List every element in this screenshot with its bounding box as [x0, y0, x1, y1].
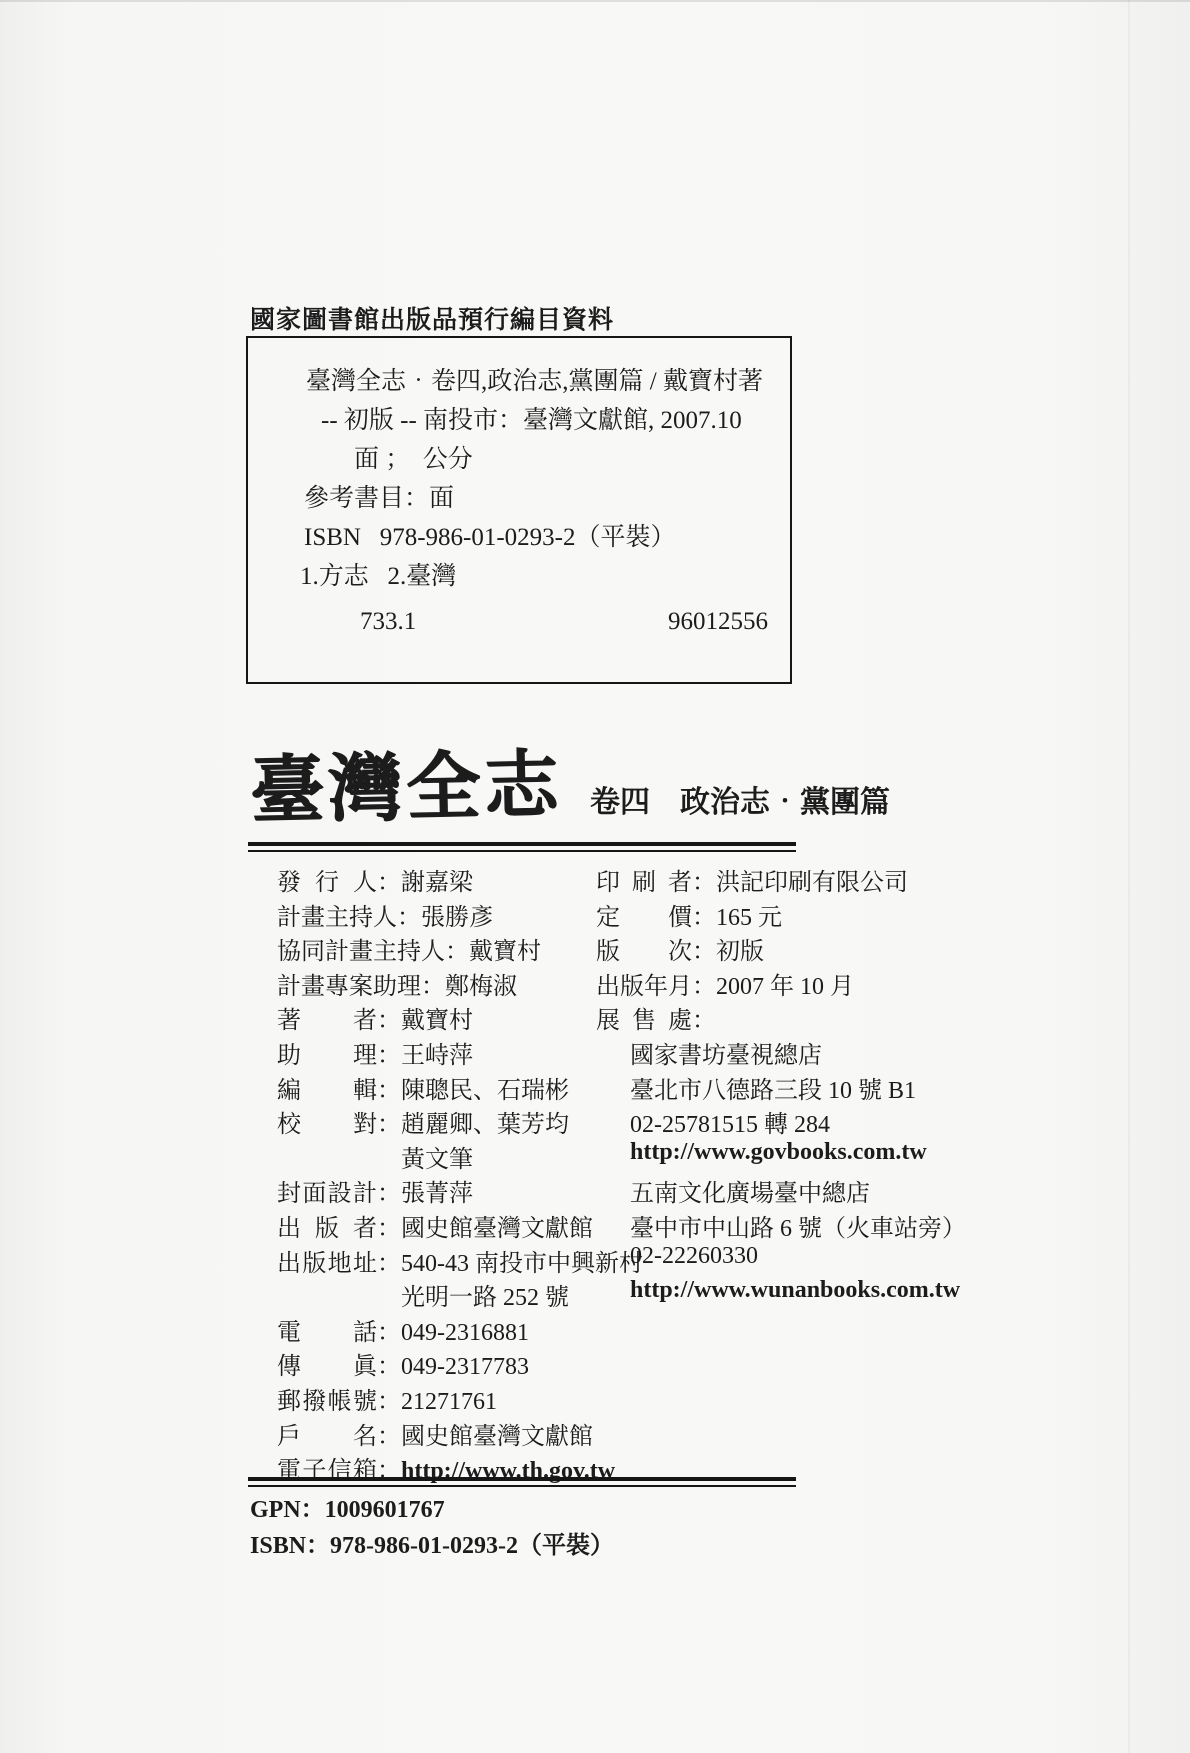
footer: GPN：1009601767 ISBN：978-986-01-0293-2（平裝… — [250, 1489, 798, 1561]
cip-header: 國家圖書館出版品預行編目資料 — [250, 300, 614, 336]
colophon-row: 校對：趙麗卿、葉芳均 — [277, 1104, 577, 1139]
field-colon: ： — [377, 1243, 401, 1278]
field-value: 國史館臺灣文獻館 — [401, 1416, 593, 1451]
cip-edition-line: -- 初版 -- 南投市：臺灣文獻館, 2007.10 — [321, 401, 790, 440]
colophon-row: 著者：戴寶村 — [277, 1000, 577, 1035]
title-divider-rule — [248, 842, 796, 852]
field-value: 黃文筆 — [401, 1139, 473, 1174]
colophon-row: ：五南文化廣場臺中總店 — [596, 1173, 926, 1208]
field-value: 戴寶村 — [469, 931, 541, 966]
field-value: 趙麗卿、葉芳均 — [401, 1104, 569, 1139]
field-colon: ： — [377, 1104, 401, 1139]
field-colon: ： — [692, 862, 716, 897]
colophon-row: 印刷者：洪記印刷有限公司 — [596, 862, 926, 897]
field-value: 張勝彥 — [421, 897, 493, 932]
colophon-row: ：http://www.wunanbooks.com.tw — [596, 1277, 926, 1312]
field-label: 協同計畫主持人 — [277, 931, 445, 966]
field-label: 計畫專案助理 — [277, 966, 421, 1001]
colophon-row: ：http://www.govbooks.com.tw — [596, 1139, 926, 1174]
field-label: 助理 — [277, 1035, 377, 1070]
field-colon: ： — [397, 897, 421, 932]
field-colon: ： — [377, 1381, 401, 1416]
field-colon: ： — [377, 1416, 401, 1451]
field-label: 校對 — [277, 1104, 377, 1139]
colophon-row: ：黃文筆 — [277, 1139, 577, 1174]
field-value: 洪記印刷有限公司 — [716, 862, 908, 897]
field-colon: ： — [377, 1346, 401, 1381]
book-title-calligraphy: 臺灣全志 — [249, 739, 563, 840]
field-value: 049-2316881 — [401, 1320, 529, 1347]
cip-classification-row: 733.1 96012556 — [360, 602, 768, 641]
field-label: 發行人 — [277, 862, 377, 897]
field-label: 展售處 — [596, 1000, 692, 1035]
field-colon: ： — [377, 1000, 401, 1035]
colophon-row: 傳眞：049-2317783 — [277, 1346, 577, 1381]
field-label: 出版者 — [277, 1208, 377, 1243]
colophon-left-column: 發行人：謝嘉梁 計畫主持人：張勝彥 協同計畫主持人：戴寶村 計畫專案助理：鄭梅淑… — [277, 862, 577, 1485]
field-colon: ： — [692, 897, 716, 932]
field-label: 版次 — [596, 931, 692, 966]
colophon-row: 計畫主持人：張勝彥 — [277, 897, 577, 932]
field-label: 郵撥帳號 — [277, 1381, 377, 1416]
field-value: 臺中市中山路 6 號（火車站旁） — [630, 1208, 966, 1243]
field-value: 02-22260330 — [630, 1243, 758, 1270]
scan-edge-artifact — [0, 0, 1190, 2]
field-colon: ： — [377, 862, 401, 897]
isbn-label: ISBN — [250, 1533, 306, 1560]
colophon-row: ：臺北市八德路三段 10 號 B1 — [596, 1070, 926, 1105]
cip-format-line: 面 ； 公分 — [354, 440, 790, 479]
isbn-line: ISBN：978-986-01-0293-2（平裝） — [250, 1525, 798, 1561]
field-colon: ： — [377, 1070, 401, 1105]
colophon-row: 郵撥帳號：21271761 — [277, 1381, 577, 1416]
colophon-row: ：02-25781515 轉 284 — [596, 1104, 926, 1139]
field-label: 電話 — [277, 1312, 377, 1347]
scan-artifact-line — [1128, 0, 1130, 1753]
cip-subject-line: 1.方志 2.臺灣 — [300, 557, 790, 596]
colophon-row: 封面設計：張菁萍 — [277, 1173, 577, 1208]
colophon-row: ：國家書坊臺視總店 — [596, 1035, 926, 1070]
field-value: http://www.govbooks.com.tw — [630, 1139, 927, 1166]
field-value: 21271761 — [401, 1389, 497, 1416]
gpn-line: GPN：1009601767 — [250, 1489, 798, 1525]
field-label: 戶名 — [277, 1416, 377, 1451]
field-colon: ： — [301, 1489, 325, 1524]
field-value: 光明一路 252 號 — [401, 1277, 569, 1312]
field-value: 五南文化廣場臺中總店 — [630, 1173, 870, 1208]
colophon-row: 助理：王峙萍 — [277, 1035, 577, 1070]
field-label: 編輯 — [277, 1070, 377, 1105]
colophon-row: 定價：165 元 — [596, 897, 926, 932]
field-value: 國史館臺灣文獻館 — [401, 1208, 593, 1243]
isbn-value: 978-986-01-0293-2（平裝） — [330, 1525, 614, 1560]
field-colon: ： — [306, 1525, 330, 1560]
cip-isbn-line: ISBN 978-986-01-0293-2（平裝） — [304, 518, 790, 557]
footer-divider-rule — [248, 1477, 796, 1487]
gpn-value: 1009601767 — [325, 1497, 445, 1524]
gpn-label: GPN — [250, 1497, 301, 1524]
field-colon: ： — [692, 1000, 716, 1035]
field-label: 印刷者 — [596, 862, 692, 897]
field-label: 封面設計 — [277, 1173, 377, 1208]
colophon-row: ：光明一路 252 號 — [277, 1277, 577, 1312]
colophon-row: 出版者：國史館臺灣文獻館 — [277, 1208, 577, 1243]
colophon-right-column: 印刷者：洪記印刷有限公司 定價：165 元 版次：初版 出版年月：2007 年 … — [596, 862, 926, 1312]
field-colon: ： — [692, 966, 716, 1001]
title-band: 臺灣全志 卷四 政治志‧黨團篇 — [250, 742, 796, 837]
field-value: 王峙萍 — [401, 1035, 473, 1070]
colophon-row: 協同計畫主持人：戴寶村 — [277, 931, 577, 966]
book-title-subtitle: 卷四 政治志‧黨團篇 — [590, 777, 890, 821]
field-value: 陳聰民、石瑞彬 — [401, 1070, 569, 1105]
field-value: 165 元 — [716, 897, 782, 932]
field-value: 2007 年 10 月 — [716, 966, 854, 1001]
field-label: 著者 — [277, 1000, 377, 1035]
colophon-row: 計畫專案助理：鄭梅淑 — [277, 966, 577, 1001]
field-colon: ： — [377, 1035, 401, 1070]
cip-bibliography-line: 參考書目：面 — [304, 479, 790, 518]
field-label: 傳眞 — [277, 1346, 377, 1381]
colophon-row: ：02-22260330 — [596, 1243, 926, 1278]
field-value: 02-25781515 轉 284 — [630, 1104, 830, 1139]
cip-record-number: 96012556 — [668, 602, 768, 641]
field-value: 張菁萍 — [401, 1173, 473, 1208]
cip-box: 臺灣全志‧卷四,政治志,黨團篇 / 戴寶村著 -- 初版 -- 南投市：臺灣文獻… — [246, 336, 792, 684]
field-value: 戴寶村 — [401, 1000, 473, 1035]
cip-class-number: 733.1 — [360, 602, 416, 641]
field-value: 謝嘉梁 — [401, 862, 473, 897]
field-colon: ： — [692, 931, 716, 966]
cip-title-line: 臺灣全志‧卷四,政治志,黨團篇 / 戴寶村著 — [306, 362, 790, 401]
colophon-row: 出版地址：540-43 南投市中興新村 — [277, 1243, 577, 1278]
field-value: 049-2317783 — [401, 1354, 529, 1381]
colophon-row: 戶名：國史館臺灣文獻館 — [277, 1416, 577, 1451]
field-label: 出版年月 — [596, 966, 692, 1001]
colophon-row: 出版年月：2007 年 10 月 — [596, 966, 926, 1001]
field-value: http://www.wunanbooks.com.tw — [630, 1277, 960, 1304]
colophon-row: 發行人：謝嘉梁 — [277, 862, 577, 897]
field-colon: ： — [445, 931, 469, 966]
field-label: 計畫主持人 — [277, 897, 397, 932]
field-label: 出版地址 — [277, 1243, 377, 1278]
colophon-row: 版次：初版 — [596, 931, 926, 966]
field-value: 鄭梅淑 — [445, 966, 517, 1001]
field-value: 初版 — [716, 931, 764, 966]
field-value: 臺北市八德路三段 10 號 B1 — [630, 1070, 916, 1105]
colophon-row: 編輯：陳聰民、石瑞彬 — [277, 1070, 577, 1105]
colophon-row: 展售處： — [596, 1000, 926, 1035]
field-label: 定價 — [596, 897, 692, 932]
field-colon: ： — [421, 966, 445, 1001]
field-value: 國家書坊臺視總店 — [630, 1035, 822, 1070]
field-colon: ： — [377, 1312, 401, 1347]
colophon-row: ：臺中市中山路 6 號（火車站旁） — [596, 1208, 926, 1243]
field-colon: ： — [377, 1208, 401, 1243]
field-colon: ： — [377, 1173, 401, 1208]
colophon-row: 電話：049-2316881 — [277, 1312, 577, 1347]
